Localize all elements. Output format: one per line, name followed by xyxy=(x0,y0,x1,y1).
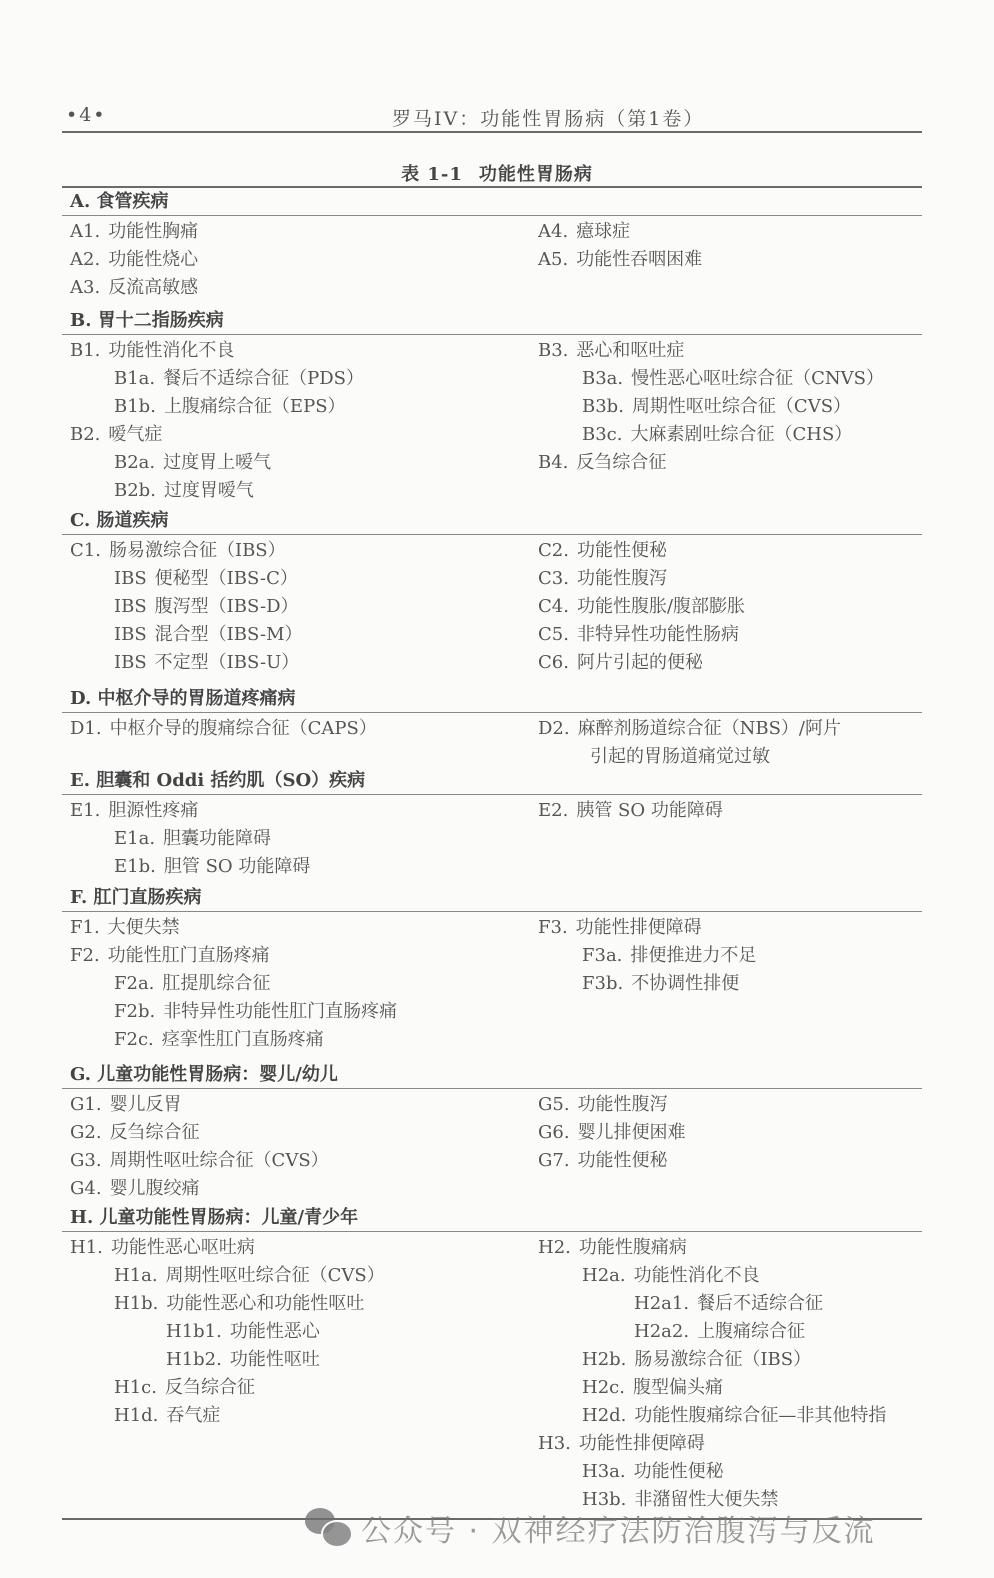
left-column-item: D1.中枢介导的腹痛综合征（CAPS） xyxy=(70,715,377,743)
item-text: 反流高敏感 xyxy=(108,277,198,298)
item-text: 恶心和呕吐症 xyxy=(576,340,684,361)
table-title-text: 功能性胃肠病 xyxy=(479,164,593,185)
item-text: 功能性便秘 xyxy=(578,1150,668,1171)
left-column-item: F2b.非特异性功能性肛门直肠疼痛 xyxy=(114,998,397,1026)
item-text: 痉挛性肛门直肠疼痛 xyxy=(162,1029,324,1050)
item-text: 周期性呕吐综合征（CVS） xyxy=(632,396,851,417)
item-code: G2. xyxy=(70,1122,102,1143)
item-code: C1. xyxy=(70,540,101,561)
item-text: 胆源性疼痛 xyxy=(108,800,198,821)
item-text: 功能性便秘 xyxy=(634,1461,724,1482)
right-column-item: C6.阿片引起的便秘 xyxy=(538,649,703,677)
left-column-item: B1.功能性消化不良 xyxy=(70,337,234,365)
item-code: H2a. xyxy=(582,1265,626,1286)
item-code: B3c. xyxy=(582,424,622,445)
item-code: H3a. xyxy=(582,1461,626,1482)
item-code: H1b1. xyxy=(166,1321,222,1342)
item-text: 混合型（IBS-M） xyxy=(155,624,303,645)
item-code: A4. xyxy=(538,221,568,242)
item-code: H2a1. xyxy=(634,1293,689,1314)
item-text: 上腹痛综合征（EPS） xyxy=(164,396,346,417)
left-column-item: IBS混合型（IBS-M） xyxy=(114,621,303,649)
left-column-item: A2.功能性烧心 xyxy=(70,246,198,274)
item-code: F3b. xyxy=(582,973,623,994)
item-code: A3. xyxy=(70,277,100,298)
item-text: 不定型（IBS-U） xyxy=(155,652,300,673)
item-text: 周期性呕吐综合征（CVS） xyxy=(110,1150,329,1171)
right-column-item: D2.麻醉剂肠道综合征（NBS）/阿片 xyxy=(538,715,841,743)
section-rule xyxy=(62,1231,922,1232)
item-text: 排便推进力不足 xyxy=(630,945,756,966)
section-rule xyxy=(62,794,922,795)
item-code: G1. xyxy=(70,1094,102,1115)
item-code: B1. xyxy=(70,340,100,361)
right-column-item: H3.功能性排便障碍 xyxy=(538,1430,705,1458)
book-title: 罗马IV：功能性胃肠病（第1卷） xyxy=(392,104,704,131)
item-text: 阿片引起的便秘 xyxy=(577,652,703,673)
left-column-item: H1a.周期性呕吐综合征（CVS） xyxy=(114,1262,385,1290)
section-rule xyxy=(62,534,922,535)
item-text: 肠易激综合征（IBS） xyxy=(109,540,286,561)
table-title: 表 1-1功能性胃肠病 xyxy=(0,160,994,186)
right-column-item: G7.功能性便秘 xyxy=(538,1147,668,1175)
item-text: 功能性呕吐 xyxy=(230,1349,320,1370)
item-code: H2b. xyxy=(582,1349,626,1370)
item-code: F1. xyxy=(70,917,100,938)
item-code: G7. xyxy=(538,1150,570,1171)
section-heading: A. 食管疾病 xyxy=(70,189,169,215)
right-column-item: H2b.肠易激综合征（IBS） xyxy=(582,1346,811,1374)
item-text: 麻醉剂肠道综合征（NBS）/阿片 xyxy=(578,718,841,739)
item-text: 引起的胃肠道痛觉过敏 xyxy=(590,746,770,767)
item-code: IBS xyxy=(114,624,147,645)
right-column-item: H3a.功能性便秘 xyxy=(582,1458,724,1486)
right-column-item: B3b.周期性呕吐综合征（CVS） xyxy=(582,393,851,421)
item-code: H1c. xyxy=(114,1377,157,1398)
left-column-item: G2.反刍综合征 xyxy=(70,1119,200,1147)
section-rule xyxy=(62,215,922,216)
item-text: 功能性排便障碍 xyxy=(576,917,702,938)
item-code: G5. xyxy=(538,1094,570,1115)
item-text: 功能性腹泻 xyxy=(578,1094,668,1115)
table-top-rule xyxy=(62,186,922,188)
left-column-item: G3.周期性呕吐综合征（CVS） xyxy=(70,1147,329,1175)
item-text: 功能性烧心 xyxy=(108,249,198,270)
item-code: G4. xyxy=(70,1178,102,1199)
left-column-item: H1c.反刍综合征 xyxy=(114,1374,255,1402)
left-column-item: H1d.吞气症 xyxy=(114,1402,220,1430)
item-code: B2. xyxy=(70,424,100,445)
right-column-item: H2a2.上腹痛综合征 xyxy=(634,1318,805,1346)
item-code: F2. xyxy=(70,945,100,966)
item-text: 功能性腹泻 xyxy=(577,568,667,589)
right-column-item: B3.恶心和呕吐症 xyxy=(538,337,684,365)
item-text: 上腹痛综合征 xyxy=(697,1321,805,1342)
item-text: 功能性恶心和功能性呕吐 xyxy=(166,1293,364,1314)
left-column-item: IBS腹泻型（IBS-D） xyxy=(114,593,299,621)
left-column-item: C1.肠易激综合征（IBS） xyxy=(70,537,286,565)
left-column-item: H1.功能性恶心呕吐病 xyxy=(70,1234,255,1262)
right-column-item: G5.功能性腹泻 xyxy=(538,1091,668,1119)
item-text: 功能性恶心 xyxy=(230,1321,320,1342)
left-column-item: H1b2.功能性呕吐 xyxy=(166,1346,320,1374)
right-column-item: G6.婴儿排便困难 xyxy=(538,1119,686,1147)
table-label: 表 1-1 xyxy=(401,164,463,185)
header-rule xyxy=(62,131,922,133)
item-text: 功能性腹胀/腹部膨胀 xyxy=(577,596,745,617)
section-heading: B. 胃十二指肠疾病 xyxy=(70,308,224,334)
item-text: 不协调性排便 xyxy=(631,973,739,994)
watermark-text: 公众号 · 双神经疗法防治腹泻与反流 xyxy=(361,1506,876,1550)
item-code: H1d. xyxy=(114,1405,158,1426)
left-column-item: B2.嗳气症 xyxy=(70,421,162,449)
item-code: IBS xyxy=(114,596,147,617)
item-text: 功能性腹痛病 xyxy=(579,1237,687,1258)
right-column-item: A5.功能性吞咽困难 xyxy=(538,246,702,274)
right-column-item: F3b.不协调性排便 xyxy=(582,970,739,998)
right-column-item: H2a.功能性消化不良 xyxy=(582,1262,760,1290)
left-column-item: F2a.肛提肌综合征 xyxy=(114,970,270,998)
item-code: C4. xyxy=(538,596,569,617)
left-column-item: E1.胆源性疼痛 xyxy=(70,797,198,825)
item-code: F2c. xyxy=(114,1029,154,1050)
item-text: 慢性恶心呕吐综合征（CNVS） xyxy=(631,368,884,389)
item-code: B1b. xyxy=(114,396,156,417)
section-heading: G. 儿童功能性胃肠病：婴儿/幼儿 xyxy=(70,1062,338,1088)
item-code: H2a2. xyxy=(634,1321,689,1342)
item-text: 中枢介导的腹痛综合征（CAPS） xyxy=(110,718,377,739)
item-text: 功能性排便障碍 xyxy=(579,1433,705,1454)
item-code: A1. xyxy=(70,221,100,242)
item-text: 功能性腹痛综合征—非其他特指 xyxy=(634,1405,886,1426)
left-column-item: E1b.胆管 SO 功能障碍 xyxy=(114,853,310,881)
item-text: 反刍综合征 xyxy=(576,452,666,473)
item-code: C5. xyxy=(538,624,569,645)
item-text: 反刍综合征 xyxy=(165,1377,255,1398)
item-text: 餐后不适综合征 xyxy=(697,1293,823,1314)
item-code: B3. xyxy=(538,340,568,361)
right-column-item: B3a.慢性恶心呕吐综合征（CNVS） xyxy=(582,365,884,393)
item-text: 功能性消化不良 xyxy=(108,340,234,361)
item-text: 婴儿反胃 xyxy=(110,1094,182,1115)
page-number: •4• xyxy=(66,104,107,126)
item-text: 嗳气症 xyxy=(108,424,162,445)
right-column-item: E2.胰管 SO 功能障碍 xyxy=(538,797,723,825)
section-heading: E. 胆囊和 Oddi 括约肌（SO）疾病 xyxy=(70,768,365,794)
item-code: F2b. xyxy=(114,1001,155,1022)
right-column-item: C3.功能性腹泻 xyxy=(538,565,667,593)
item-code: B3b. xyxy=(582,396,624,417)
item-code: H1b. xyxy=(114,1293,158,1314)
right-column-item: C5.非特异性功能性肠病 xyxy=(538,621,739,649)
item-code: E1. xyxy=(70,800,100,821)
section-rule xyxy=(62,1088,922,1089)
left-column-item: E1a.胆囊功能障碍 xyxy=(114,825,271,853)
wechat-icon xyxy=(305,1506,351,1550)
running-header: •4• 罗马IV：功能性胃肠病（第1卷） xyxy=(62,104,922,130)
item-code: H2c. xyxy=(582,1377,625,1398)
item-text: 功能性恶心呕吐病 xyxy=(111,1237,255,1258)
item-code: E2. xyxy=(538,800,568,821)
item-code: C3. xyxy=(538,568,569,589)
item-text: 非特异性功能性肛门直肠疼痛 xyxy=(163,1001,397,1022)
left-column-item: G1.婴儿反胃 xyxy=(70,1091,182,1119)
right-column-item: H2d.功能性腹痛综合征—非其他特指 xyxy=(582,1402,886,1430)
item-code: G6. xyxy=(538,1122,570,1143)
item-text: 婴儿排便困难 xyxy=(578,1122,686,1143)
left-column-item: B2b.过度胃嗳气 xyxy=(114,477,254,505)
item-text: 功能性消化不良 xyxy=(634,1265,760,1286)
watermark: 公众号 · 双神经疗法防治腹泻与反流 xyxy=(305,1498,876,1558)
left-column-item: H1b1.功能性恶心 xyxy=(166,1318,320,1346)
section-heading: C. 肠道疾病 xyxy=(70,508,169,534)
book-page: •4• 罗马IV：功能性胃肠病（第1卷） 表 1-1功能性胃肠病 A. 食管疾病… xyxy=(0,0,994,1578)
item-code: H3. xyxy=(538,1433,571,1454)
item-code: E1b. xyxy=(114,856,156,877)
left-column-item: B1b.上腹痛综合征（EPS） xyxy=(114,393,346,421)
item-text: 功能性肛门直肠疼痛 xyxy=(108,945,270,966)
item-text: 癔球症 xyxy=(576,221,630,242)
right-column-item: B4.反刍综合征 xyxy=(538,449,666,477)
item-text: 过度胃上嗳气 xyxy=(163,452,271,473)
item-code: B2a. xyxy=(114,452,155,473)
item-code: H2d. xyxy=(582,1405,626,1426)
item-code: E1a. xyxy=(114,828,155,849)
left-column-item: F1.大便失禁 xyxy=(70,914,180,942)
item-text: 功能性吞咽困难 xyxy=(576,249,702,270)
item-text: 过度胃嗳气 xyxy=(164,480,254,501)
item-code: B1a. xyxy=(114,368,155,389)
left-column-item: F2.功能性肛门直肠疼痛 xyxy=(70,942,270,970)
item-code: H2. xyxy=(538,1237,571,1258)
item-code: B3a. xyxy=(582,368,623,389)
item-text: 胰管 SO 功能障碍 xyxy=(576,800,723,821)
left-column-item: H1b.功能性恶心和功能性呕吐 xyxy=(114,1290,364,1318)
left-column-item: B1a.餐后不适综合征（PDS） xyxy=(114,365,364,393)
right-column-item: C2.功能性便秘 xyxy=(538,537,667,565)
item-code: H1a. xyxy=(114,1265,158,1286)
item-text: 吞气症 xyxy=(166,1405,220,1426)
left-column-item: IBS不定型（IBS-U） xyxy=(114,649,299,677)
section-rule xyxy=(62,334,922,335)
right-column-item: F3a.排便推进力不足 xyxy=(582,942,756,970)
item-text: 反刍综合征 xyxy=(110,1122,200,1143)
section-rule xyxy=(62,712,922,713)
right-column-item: 引起的胃肠道痛觉过敏 xyxy=(582,743,770,771)
item-text: 周期性呕吐综合征（CVS） xyxy=(166,1265,385,1286)
section-heading: D. 中枢介导的胃肠道疼痛病 xyxy=(70,686,296,712)
item-text: 便秘型（IBS-C） xyxy=(155,568,298,589)
left-column-item: A1.功能性胸痛 xyxy=(70,218,198,246)
item-text: 胆囊功能障碍 xyxy=(163,828,271,849)
section-rule xyxy=(62,911,922,912)
item-text: 大麻素剧吐综合征（CHS） xyxy=(630,424,852,445)
item-code: F2a. xyxy=(114,973,154,994)
item-code: B4. xyxy=(538,452,568,473)
item-text: 功能性便秘 xyxy=(577,540,667,561)
item-text: 婴儿腹绞痛 xyxy=(110,1178,200,1199)
right-column-item: B3c.大麻素剧吐综合征（CHS） xyxy=(582,421,852,449)
item-text: 腹型偏头痛 xyxy=(633,1377,723,1398)
item-code: G3. xyxy=(70,1150,102,1171)
section-heading: F. 肛门直肠疾病 xyxy=(70,885,202,911)
item-code: B2b. xyxy=(114,480,156,501)
left-column-item: G4.婴儿腹绞痛 xyxy=(70,1175,200,1203)
item-text: 大便失禁 xyxy=(108,917,180,938)
left-column-item: A3.反流高敏感 xyxy=(70,274,198,302)
item-text: 肛提肌综合征 xyxy=(162,973,270,994)
item-code: IBS xyxy=(114,652,147,673)
right-column-item: H2.功能性腹痛病 xyxy=(538,1234,687,1262)
left-column-item: B2a.过度胃上嗳气 xyxy=(114,449,271,477)
item-code: F3. xyxy=(538,917,568,938)
item-code: H1b2. xyxy=(166,1349,222,1370)
item-text: 腹泻型（IBS-D） xyxy=(155,596,299,617)
item-code: C2. xyxy=(538,540,569,561)
right-column-item: H2a1.餐后不适综合征 xyxy=(634,1290,823,1318)
item-code: C6. xyxy=(538,652,569,673)
right-column-item: C4.功能性腹胀/腹部膨胀 xyxy=(538,593,745,621)
item-code: D2. xyxy=(538,718,570,739)
item-code: IBS xyxy=(114,568,147,589)
item-code: F3a. xyxy=(582,945,622,966)
right-column-item: A4.癔球症 xyxy=(538,218,630,246)
section-heading: H. 儿童功能性胃肠病：儿童/青少年 xyxy=(70,1205,358,1231)
item-code: H1. xyxy=(70,1237,103,1258)
item-code: A2. xyxy=(70,249,100,270)
item-text: 餐后不适综合征（PDS） xyxy=(163,368,364,389)
left-column-item: F2c.痉挛性肛门直肠疼痛 xyxy=(114,1026,324,1054)
item-code: D1. xyxy=(70,718,102,739)
item-text: 功能性胸痛 xyxy=(108,221,198,242)
item-text: 胆管 SO 功能障碍 xyxy=(164,856,311,877)
item-text: 非特异性功能性肠病 xyxy=(577,624,739,645)
item-text: 肠易激综合征（IBS） xyxy=(634,1349,811,1370)
right-column-item: H2c.腹型偏头痛 xyxy=(582,1374,723,1402)
right-column-item: F3.功能性排便障碍 xyxy=(538,914,702,942)
left-column-item: IBS便秘型（IBS-C） xyxy=(114,565,298,593)
item-code: A5. xyxy=(538,249,568,270)
